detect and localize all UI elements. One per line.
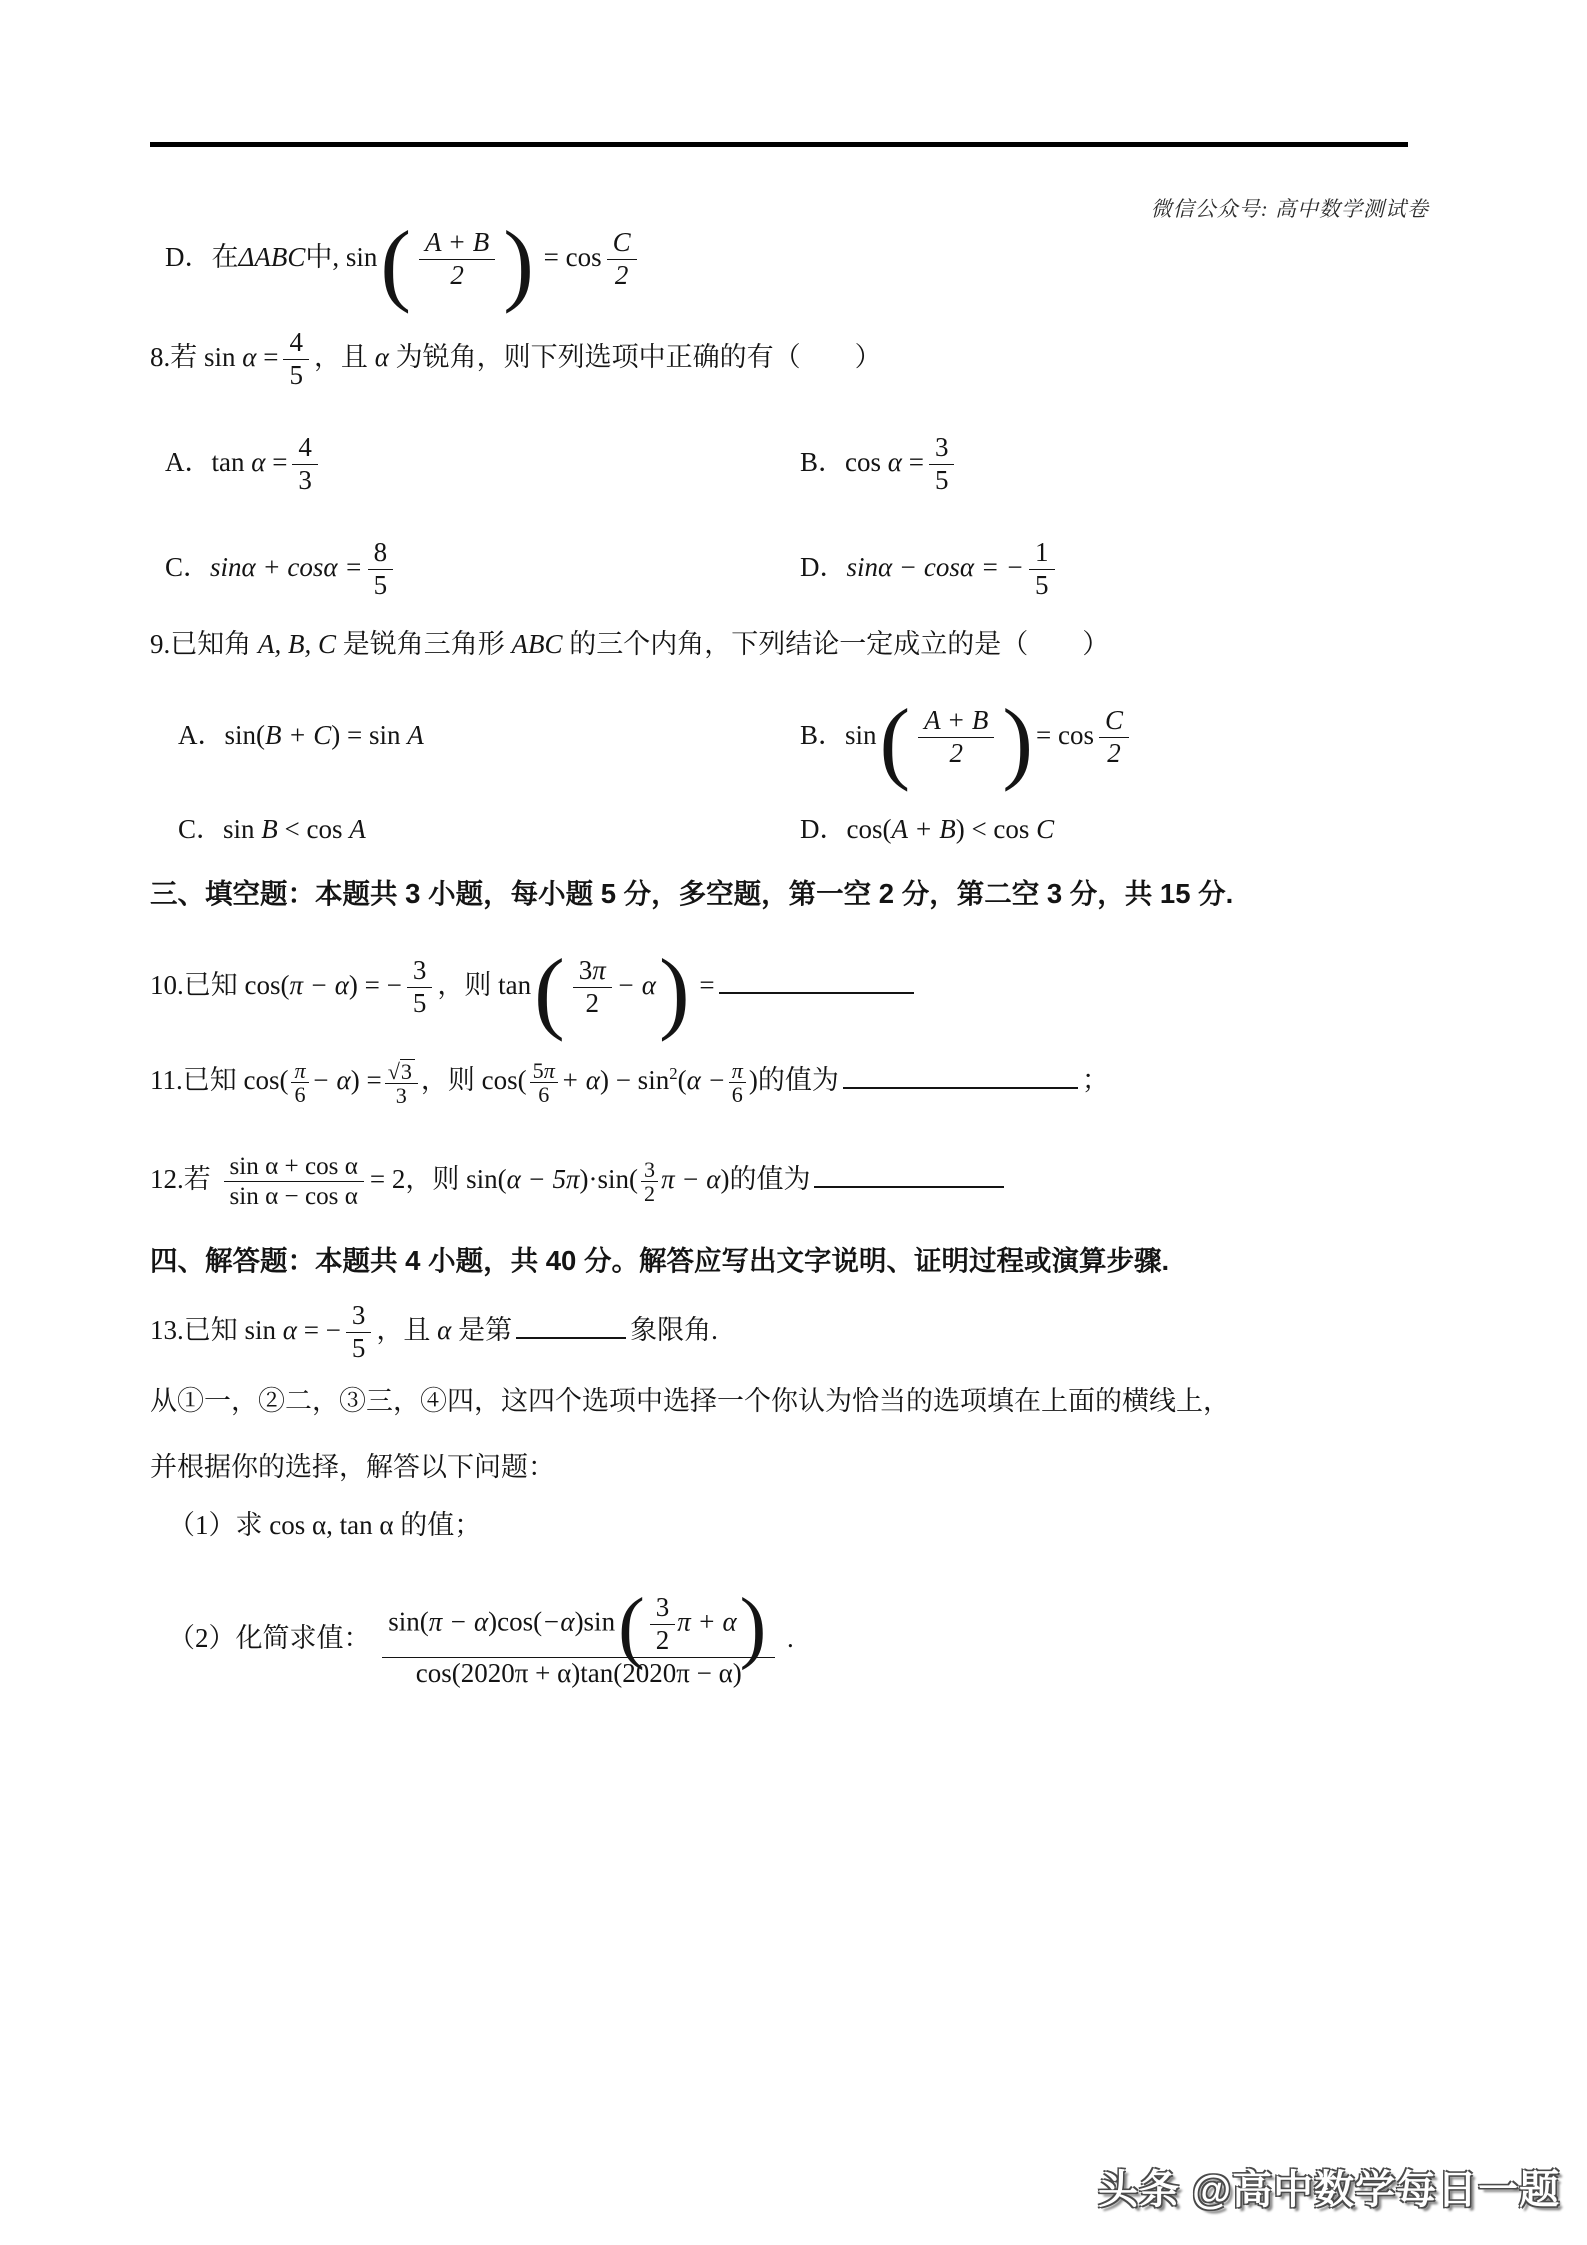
- fraction-denominator: 5: [283, 359, 309, 392]
- math-run: cos α, tan α: [269, 1510, 393, 1540]
- fraction-numerator: 8: [368, 537, 394, 569]
- fraction-denominator: 3: [385, 1083, 418, 1107]
- math-run: ) =: [351, 1065, 382, 1095]
- variable: B: [261, 814, 278, 844]
- math-function: )sin: [575, 1607, 616, 1637]
- text-run: 在: [212, 242, 239, 272]
- math-run: ) < cos: [956, 814, 1036, 844]
- math-run: sin(: [466, 1164, 507, 1194]
- math-function: sin: [204, 342, 236, 372]
- math-run: −α: [542, 1607, 574, 1637]
- fraction-numerator: 3: [346, 1300, 372, 1332]
- question-number: 10.: [150, 970, 184, 1000]
- section-title-text: 四、解答题：本题共 4 小题，共 40 分。解答应写出文字说明、证明过程或演算步…: [150, 1245, 1169, 1276]
- question-9-stem: 9.已知角 A, B, C 是锐角三角形 ABC 的三个内角，下列结论一定成立的…: [150, 623, 1109, 665]
- question-number: 11.: [150, 1065, 183, 1095]
- text-run: 求: [236, 1510, 270, 1540]
- fraction-numerator: C: [607, 227, 637, 259]
- fraction-numerator: A + B: [918, 705, 994, 737]
- text-run: 的值；: [394, 1510, 482, 1540]
- text-run: 并根据你的选择，解答以下问题：: [150, 1452, 555, 1482]
- math-function: tan: [498, 970, 531, 1000]
- option-label: D．: [800, 814, 847, 844]
- fraction: 15: [1029, 537, 1055, 602]
- fraction: A + B2: [419, 227, 495, 292]
- fraction: 35: [929, 432, 955, 497]
- q13-part-2: （2）化简求值： sin(π − α)cos(−α)sin(32π + α) c…: [168, 1558, 794, 1718]
- math-run: =: [699, 970, 714, 1000]
- text-run: ，且: [314, 342, 368, 372]
- fraction-numerator: π: [291, 1059, 308, 1082]
- text-run: 已知: [183, 1065, 237, 1095]
- section-title-text: 三、填空题：本题共 3 小题，每小题 5 分，多空题，第一空 2 分，第二空 3…: [150, 878, 1233, 909]
- fraction: π6: [729, 1059, 746, 1106]
- option-label: C．: [178, 814, 223, 844]
- fraction-numerator: √3: [385, 1059, 418, 1083]
- variable: α: [375, 342, 389, 372]
- part-label: （1）: [168, 1510, 236, 1540]
- text-run: 的值为: [758, 1065, 839, 1095]
- fraction: A + B2: [918, 705, 994, 770]
- fraction: 32: [650, 1592, 676, 1657]
- math-run: − α: [312, 1065, 351, 1095]
- variable: α: [242, 342, 256, 372]
- fraction-numerator: A + B: [419, 227, 495, 259]
- footer-watermark: 头条 @高中数学每日一题: [1098, 2158, 1560, 2215]
- answer-blank: [516, 1311, 626, 1339]
- text-run: 若: [170, 342, 197, 372]
- fraction-numerator: sin(π − α)cos(−α)sin(32π + α): [382, 1592, 775, 1657]
- question-13: 13.已知 sin α = −35，且 α 是第象限角.: [150, 1285, 718, 1375]
- q9-options-row-2: C．sin B < cos A D．cos(A + B) < cos C: [0, 808, 1587, 850]
- q9-options-row-1: A．sin(B + C) = sin A B．sin(A + B2)= cosC…: [0, 685, 1587, 785]
- math-run: A + B: [891, 814, 955, 844]
- option-label: B．: [800, 720, 845, 750]
- math-run: )cos(: [488, 1607, 542, 1637]
- text-run: 是锐角三角形: [336, 629, 512, 659]
- part-label: （2）: [168, 1623, 236, 1653]
- fraction: C2: [607, 227, 637, 292]
- fraction-numerator: sin α + cos α: [224, 1152, 364, 1182]
- number: 3: [579, 955, 593, 985]
- fraction: π6: [291, 1059, 308, 1106]
- math-run: =: [272, 447, 287, 477]
- text-run: ，且: [376, 1315, 430, 1345]
- math-run: − α: [617, 970, 656, 1000]
- math-run: ) = −: [349, 970, 402, 1000]
- math-run: sinα + cosα =: [210, 552, 363, 582]
- math-run: sin: [223, 814, 261, 844]
- radicand: 3: [400, 1059, 415, 1083]
- option-a: A．sin(B + C) = sin A: [178, 685, 424, 785]
- fraction-numerator: 3: [929, 432, 955, 464]
- math-run: π − α: [429, 1607, 488, 1637]
- question-number: 13.: [150, 1315, 184, 1345]
- fraction-denominator: 2: [607, 259, 637, 292]
- question-number: 9.: [150, 629, 170, 659]
- math-run: cos(: [847, 814, 892, 844]
- fraction-denominator: 2: [641, 1181, 658, 1205]
- variable: C: [1036, 814, 1054, 844]
- fraction-denominator: 2: [650, 1624, 676, 1657]
- option-c: C．sinα + cosα =85: [165, 522, 398, 612]
- math-function: sin: [245, 1315, 277, 1345]
- fraction-numerator: 1: [1029, 537, 1055, 569]
- option-d7-row: D．在ΔABC中, sin(A + B2) = cosC2: [165, 207, 642, 307]
- number: 5: [533, 1058, 544, 1083]
- math-run: sin(: [225, 720, 266, 750]
- fraction-numerator: C: [1099, 705, 1129, 737]
- text-run: 已知: [184, 1315, 238, 1345]
- option-d: D．sinα − cosα = −15: [800, 522, 1060, 612]
- variable: π: [544, 1058, 555, 1083]
- text-run: 是第: [458, 1315, 512, 1345]
- fraction-numerator: 5π: [530, 1059, 558, 1082]
- answer-blank: [719, 966, 914, 994]
- fraction-numerator: 3: [650, 1592, 676, 1624]
- question-number: 8.: [150, 342, 170, 372]
- answer-blank: [843, 1061, 1078, 1089]
- option-b: B．cos α =35: [800, 417, 959, 507]
- variable: α: [437, 1315, 451, 1345]
- answer-blank: [814, 1160, 1004, 1188]
- math-run: ): [749, 1065, 758, 1095]
- text-run: ，则: [405, 1164, 459, 1194]
- fraction-denominator: 2: [419, 259, 495, 292]
- fraction: C2: [1099, 705, 1129, 770]
- fraction-denominator: 5: [368, 569, 394, 602]
- math-run: cos(: [244, 1065, 289, 1095]
- fraction: 35: [346, 1300, 372, 1365]
- fraction-denominator: 5: [407, 987, 433, 1020]
- fraction-denominator: 5: [929, 464, 955, 497]
- fraction: 5π6: [530, 1059, 558, 1106]
- fraction-denominator: 2: [573, 987, 612, 1020]
- fraction-numerator: 3: [407, 955, 433, 987]
- text-run: 中,: [305, 242, 339, 272]
- text-run: 从①一，②二，③三，④四，这四个选项中选择一个你认为恰当的选项填在上面的横线上，: [150, 1386, 1230, 1416]
- fraction-numerator: 3π: [573, 955, 612, 987]
- option-d: D．cos(A + B) < cos C: [800, 808, 1054, 850]
- math-run: sinα − cosα = −: [847, 552, 1025, 582]
- text-run: 已知角: [170, 629, 258, 659]
- math-run: = −: [304, 1315, 341, 1345]
- header-watermark: 微信公众号: 高中数学测试卷: [1151, 193, 1429, 223]
- text-run: 的三个内角，下列结论一定成立的是（ ）: [563, 629, 1110, 659]
- option-c: C．sin B < cos A: [178, 808, 366, 850]
- question-11: 11.已知 cos(π6− α) =√33，则 cos(5π6+ α) − si…: [150, 1035, 1109, 1125]
- variable: A: [407, 720, 424, 750]
- fraction-denominator: 2: [918, 737, 994, 770]
- math-run: )·sin(: [580, 1164, 638, 1194]
- variable: α: [251, 447, 265, 477]
- fraction: 35: [407, 955, 433, 1020]
- fraction: sin α + cos αsin α − cos α: [224, 1152, 364, 1212]
- math-run: < cos: [278, 814, 349, 844]
- math-run: π + α: [677, 1607, 736, 1637]
- text-run: 已知: [184, 970, 238, 1000]
- math-run: B + C: [265, 720, 331, 750]
- math-run: ) = sin: [331, 720, 407, 750]
- math-run: α −: [687, 1065, 726, 1095]
- text-run: ，则: [421, 1065, 475, 1095]
- math-run: + α: [561, 1065, 600, 1095]
- math-run: =: [909, 447, 924, 477]
- math-run: α − 5π: [507, 1164, 580, 1194]
- text-run: 的值为: [729, 1164, 810, 1194]
- math-run: sin(: [388, 1607, 429, 1637]
- option-b: B．sin(A + B2)= cosC2: [800, 685, 1134, 785]
- fraction-denominator: sin α − cos α: [224, 1181, 364, 1212]
- text-run: ；: [1082, 1065, 1109, 1095]
- fraction-numerator: π: [729, 1059, 746, 1082]
- text-run: 为锐角，则下列选项中正确的有（ ）: [396, 342, 882, 372]
- q8-options-row-1: A．tan α =43 B．cos α =35: [0, 417, 1587, 507]
- option-a: A．tan α =43: [165, 417, 323, 507]
- variable: α: [888, 447, 902, 477]
- fraction-denominator: 5: [346, 1332, 372, 1365]
- q8-options-row-2: C．sinα + cosα =85 D．sinα − cosα = −15: [0, 522, 1587, 612]
- math-run: ABC: [512, 629, 563, 659]
- math-run: = cos: [544, 242, 602, 272]
- q13-choices-line: 从①一，②二，③三，④四，这四个选项中选择一个你认为恰当的选项填在上面的横线上，: [150, 1380, 1230, 1422]
- math-run: = 2: [370, 1164, 405, 1194]
- big-fraction: sin(π − α)cos(−α)sin(32π + α) cos(2020π …: [382, 1592, 775, 1690]
- fraction-denominator: cos(2020π + α)tan(2020π − α): [382, 1657, 775, 1690]
- question-number: 12.: [150, 1164, 184, 1194]
- math-run: π − α: [289, 970, 348, 1000]
- fraction-numerator: 4: [283, 327, 309, 359]
- radical-icon: √: [388, 1059, 400, 1084]
- text-run: .: [787, 1623, 794, 1653]
- math-function: sin: [845, 720, 877, 750]
- text-run: 若: [184, 1164, 211, 1194]
- math-function: cos: [845, 447, 881, 477]
- option-label: B．: [800, 447, 845, 477]
- text-run: 象限角.: [630, 1315, 718, 1345]
- question-10: 10.已知 cos(π − α) = −35，则 tan(3π2− α) =: [150, 930, 918, 1040]
- superscript: 2: [669, 1064, 677, 1083]
- fraction: 3π2: [573, 955, 612, 1020]
- math-run: A, B, C: [258, 629, 336, 659]
- fraction-denominator: 6: [729, 1082, 746, 1106]
- math-run: cos(: [482, 1065, 527, 1095]
- option-label: A．: [178, 720, 225, 750]
- question-8-stem: 8.若 sin α =45，且 α 为锐角，则下列选项中正确的有（ ）: [150, 312, 882, 402]
- fraction-denominator: 5: [1029, 569, 1055, 602]
- fraction-denominator: 6: [530, 1082, 558, 1106]
- fraction-denominator: 6: [291, 1082, 308, 1106]
- math-run: =: [263, 342, 278, 372]
- q13-part-1: （1）求 cos α, tan α 的值；: [168, 1504, 481, 1546]
- variable: α: [283, 1315, 297, 1345]
- top-rule: [150, 142, 1408, 147]
- variable: π: [592, 955, 606, 985]
- fraction-numerator: 3: [641, 1158, 658, 1181]
- fraction: 85: [368, 537, 394, 602]
- fraction: 32: [641, 1158, 658, 1205]
- fraction: √33: [385, 1059, 418, 1107]
- question-12: 12.若 sin α + cos αsin α − cos α= 2，则 sin…: [150, 1132, 1008, 1227]
- page: 微信公众号: 高中数学测试卷 D．在ΔABC中, sin(A + B2) = c…: [0, 0, 1587, 2245]
- fraction-denominator: 3: [292, 464, 318, 497]
- option-label: A．: [165, 447, 212, 477]
- math-run: π − α: [661, 1164, 720, 1194]
- fraction: 45: [283, 327, 309, 392]
- math-run: ΔABC: [239, 242, 306, 272]
- option-label: D．: [165, 242, 212, 272]
- option-label: D．: [800, 552, 847, 582]
- fraction-denominator: 2: [1099, 737, 1129, 770]
- variable: A: [349, 814, 366, 844]
- math-run: ) − sin: [600, 1065, 669, 1095]
- option-label: C．: [165, 552, 210, 582]
- math-function: sin: [346, 242, 378, 272]
- math-run: cos(: [245, 970, 290, 1000]
- text-run: ，则: [437, 970, 491, 1000]
- fraction-numerator: 4: [292, 432, 318, 464]
- math-run: (: [678, 1065, 687, 1095]
- q13-instruction-line: 并根据你的选择，解答以下问题：: [150, 1446, 555, 1488]
- math-function: tan: [212, 447, 245, 477]
- section-4-title: 四、解答题：本题共 4 小题，共 40 分。解答应写出文字说明、证明过程或演算步…: [150, 1242, 1169, 1280]
- math-run: = cos: [1036, 720, 1094, 750]
- text-run: 化简求值：: [236, 1623, 371, 1653]
- section-3-title: 三、填空题：本题共 3 小题，每小题 5 分，多空题，第一空 2 分，第二空 3…: [150, 875, 1233, 913]
- fraction: 43: [292, 432, 318, 497]
